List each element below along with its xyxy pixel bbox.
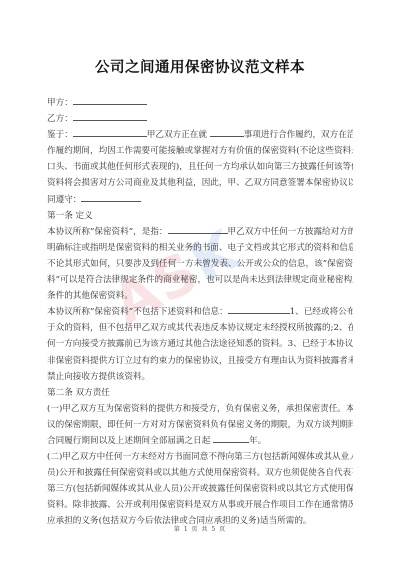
exclusion-blank: [228, 304, 290, 314]
paragraph-line: (一)甲乙双方互为保密资料的提供方和接受方，负有保密义务，承担保密责任。本协: [47, 401, 353, 417]
section-heading-1: 第一条 定义: [47, 208, 353, 224]
years-blank: [213, 433, 249, 443]
text-fragment: 年。: [249, 436, 266, 446]
paragraph-line: 资料。除非披露、公开或利用保密资料是双方从事或开展合作项目工作在通常情况下: [47, 497, 353, 513]
paragraph-line: (二)甲乙双方中任何一方未经对方书面同意不得向第三方(包括新闻媒体或其从业人: [47, 449, 353, 465]
definition-blank: [168, 224, 228, 234]
page-footer: 第 1 页 共 5 页: [0, 524, 400, 533]
whereas-line-1: 鉴于：甲乙双方正在就 事项进行合作履约，双方在洽谈或合: [47, 127, 353, 143]
paragraph-line: 不论其形式如何，只要涉及到任何一方未曾发表、公开或公众的信息，该”保密资: [47, 256, 353, 272]
paragraph-line: 明确标注或指明是保密资料的相关业务的书面、电子文档或其它形式的资料和信息，: [47, 240, 353, 256]
paragraph-line: 口头、书面或其他任何形式表现的)，且任何一方均承认如向第三方披露任何该等保密: [47, 159, 353, 175]
text-fragment: 1、已经或将公布: [290, 307, 353, 317]
document-body: 甲方： 乙方： 鉴于：甲乙双方正在就 事项进行合作履约，双方在洽谈或合 作履约期…: [47, 95, 353, 530]
paragraph-line: 禁止向接收方提供该资料。: [47, 369, 353, 385]
text-fragment: 事项进行合作履约，双方在洽谈或合: [244, 130, 353, 140]
definition-line-1: 本协议所称”保密资料”，是指：甲乙双方中任何一方披露给对方的: [47, 224, 353, 240]
paragraph-line: 条件的其他保密资料。: [47, 288, 353, 304]
document-title: 公司之间通用保密协议范文样本: [0, 56, 400, 77]
text-fragment: 甲乙双方中任何一方披露给对方的: [228, 227, 353, 237]
party-b-label: 乙方：: [47, 114, 73, 124]
paragraph-line: 作履约期间，均因工作需要可能接触或掌握对方有价值的保密资料(不论这些资料是以: [47, 143, 353, 159]
paragraph-line: 于众的资料，但不包括甲乙双方或其代表违反本协议规定未经授权所披露的;2、在任: [47, 320, 353, 336]
fill-blank: [81, 192, 141, 202]
party-a-blank: [73, 95, 147, 105]
text-fragment: 甲乙双方正在就: [147, 130, 207, 140]
text-fragment: 同遵守：: [47, 195, 81, 205]
text-fragment: 本协议所称”保密资料”不包括下述资料和信息：: [47, 307, 228, 317]
paragraph-line: 何一方向接受方披露前已为该方通过其他合法途径知悉的资料。3、已经于本协议下的: [47, 336, 353, 352]
paragraph-line: 员)公开和披露任何保密资料或以其他方式使用保密资料。双方也须促使各自代表不向: [47, 465, 353, 481]
whereas-label: 鉴于：: [47, 130, 73, 140]
paragraph-line: 非保密资料提供方订立过有约束力的保密协议，且接受方有理由认为资料披露者未被: [47, 353, 353, 369]
document-page: ASK 公司之间通用保密协议范文样本 甲方： 乙方： 鉴于：甲乙双方正在就 事项…: [0, 0, 400, 565]
matter-blank: [210, 127, 244, 137]
paragraph-line: 议的保密期限，即任何一方对对方保密资料负有保密义务的期限，为双方谈判期间、: [47, 417, 353, 433]
section-heading-2: 第二条 双方责任: [47, 385, 353, 401]
party-b-blank: [73, 111, 147, 121]
text-fragment: 本协议所称”保密资料”，是指：: [47, 227, 168, 237]
party-b-line: 乙方：: [47, 111, 353, 127]
party-a-label: 甲方：: [47, 98, 73, 108]
term-line: 合同履行期间以及上述期间全部届满之日起 年。: [47, 433, 353, 449]
paragraph-line: 资料将会损害对方公司商业及其他利益，因此，甲、乙双方同意签署本保密协议以共: [47, 175, 353, 191]
paragraph-line: 第三方(包括新闻媒体或其从业人员)公开或披露任何保密资料或以其它方式使用保密: [47, 481, 353, 497]
paragraph-line: 同遵守：: [47, 192, 353, 208]
company-blank: [73, 127, 147, 137]
exclusion-line-1: 本协议所称”保密资料”不包括下述资料和信息：1、已经或将公布: [47, 304, 353, 320]
paragraph-line: 料”可以是符合法律规定条件的商业秘密，也可以是尚未达到法律规定商业秘密构成: [47, 272, 353, 288]
party-a-line: 甲方：: [47, 95, 353, 111]
text-fragment: 合同履行期间以及上述期间全部届满之日起: [47, 436, 210, 446]
